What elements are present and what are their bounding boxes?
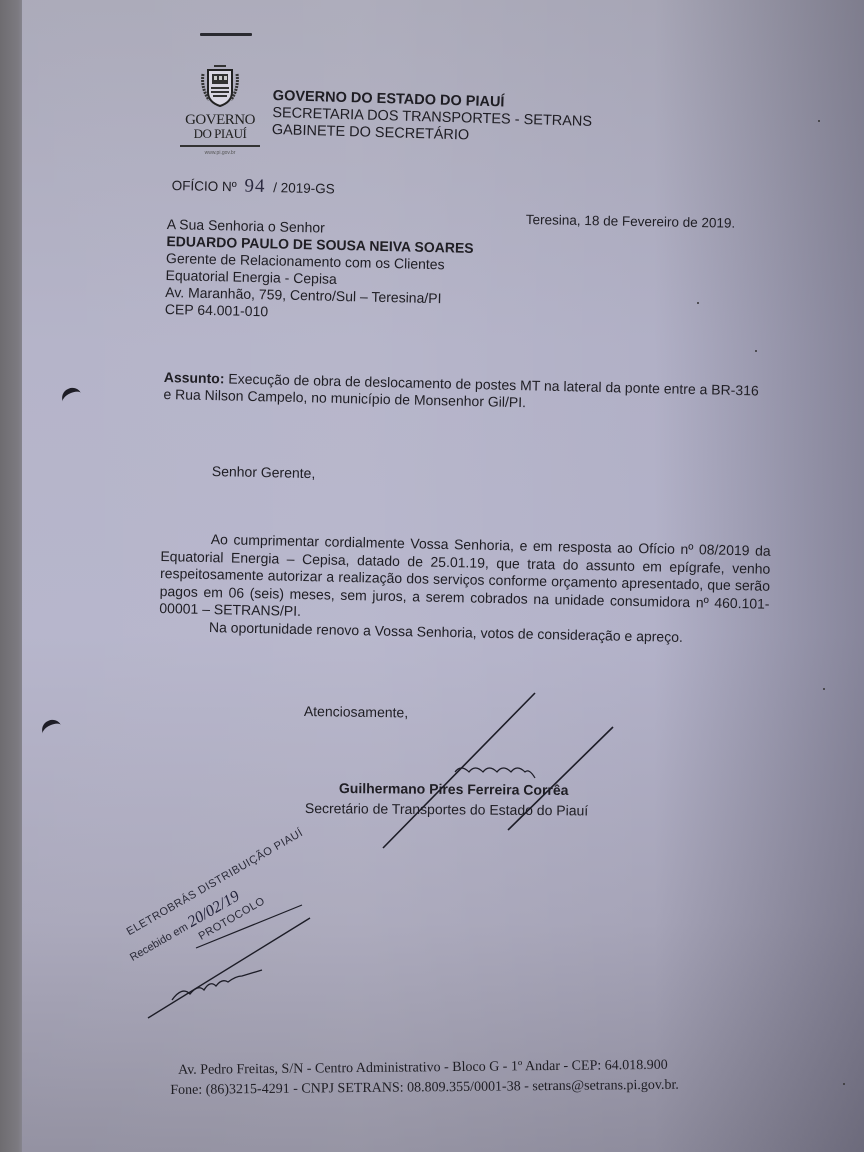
- letter-body: Ao cumprimentar cordialmente Vossa Senho…: [159, 530, 771, 648]
- logo-text-do-piaui: DO PIAUÍ: [178, 126, 262, 142]
- paper-speck: [843, 1083, 845, 1085]
- paper-speck: [818, 120, 820, 122]
- signatory-name: Guilhermano Pires Ferreira Corrêa: [339, 780, 569, 798]
- greeting: Senhor Gerente,: [212, 463, 316, 481]
- letterhead-header: GOVERNO DO ESTADO DO PIAUÍ SECRETARIA DO…: [272, 88, 593, 148]
- letter-footer: Av. Pedro Freitas, S/N - Centro Administ…: [170, 1056, 679, 1101]
- logo-url: www.pi.gov.br: [178, 150, 262, 156]
- coat-of-arms-icon: [200, 64, 240, 108]
- oficio-handwritten-number: 94: [244, 176, 265, 197]
- closing: Atenciosamente,: [304, 703, 409, 720]
- paper-speck: [755, 350, 757, 352]
- oficio-prefix: OFÍCIO Nº: [172, 178, 237, 194]
- addressee-block: A Sua Senhoria o Senhor EDUARDO PAULO DE…: [165, 216, 475, 325]
- subject-label: Assunto:: [164, 369, 225, 386]
- governo-piaui-logo: GOVERNO DO PIAUÍ www.pi.gov.br: [178, 62, 262, 158]
- body-paragraph: Ao cumprimentar cordialmente Vossa Senho…: [159, 530, 771, 630]
- pen-mark: [200, 33, 252, 36]
- paper-speck: [823, 688, 825, 690]
- oficio-suffix: / 2019-GS: [273, 180, 335, 196]
- oficio-number: OFÍCIO Nº 94 / 2019-GS: [172, 174, 335, 199]
- logo-divider: [180, 145, 260, 147]
- signatory-title: Secretário de Transportes do Estado do P…: [305, 800, 588, 818]
- paper-speck: [697, 302, 699, 304]
